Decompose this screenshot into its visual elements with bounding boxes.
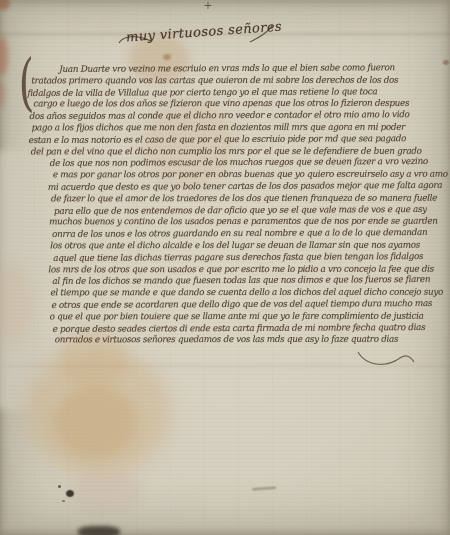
manuscript-page: + muy virtuosos señores ( Juan Duarte vr… <box>0 0 450 535</box>
stain-corner-top-left <box>0 0 10 10</box>
text-line: e otros que ende se acordaren que dello … <box>26 299 436 313</box>
right-edge-tick <box>443 60 449 65</box>
signature-flourish <box>356 348 416 370</box>
faint-dash-mark <box>252 486 276 491</box>
ink-blot-dot <box>66 490 74 497</box>
ink-speck-1 <box>58 485 61 488</box>
letter-body: Juan Duarte vro vezino me escriuio en vr… <box>25 63 436 348</box>
text-line: onrrados e virtuosos señores quedamos de… <box>27 335 437 348</box>
stain-left-edge-red-2 <box>0 80 5 108</box>
stain-bottom-left-core <box>54 386 138 458</box>
ink-speck-2 <box>62 500 65 502</box>
stain-heading-spot <box>163 54 171 60</box>
stain-left-edge-red <box>0 36 8 76</box>
bottom-edge-smudge <box>78 526 120 535</box>
heading-swash-right <box>248 24 274 44</box>
text-line: estan e lo mas notorio es el caso de que… <box>26 134 436 148</box>
text-line: mi acuerdo que desto es que yo bolo tene… <box>26 181 436 195</box>
cross-mark: + <box>199 0 217 12</box>
text-line: aquel que tiene las dichas tierras pagar… <box>26 252 436 266</box>
stain-faint-pink-low <box>72 472 142 514</box>
